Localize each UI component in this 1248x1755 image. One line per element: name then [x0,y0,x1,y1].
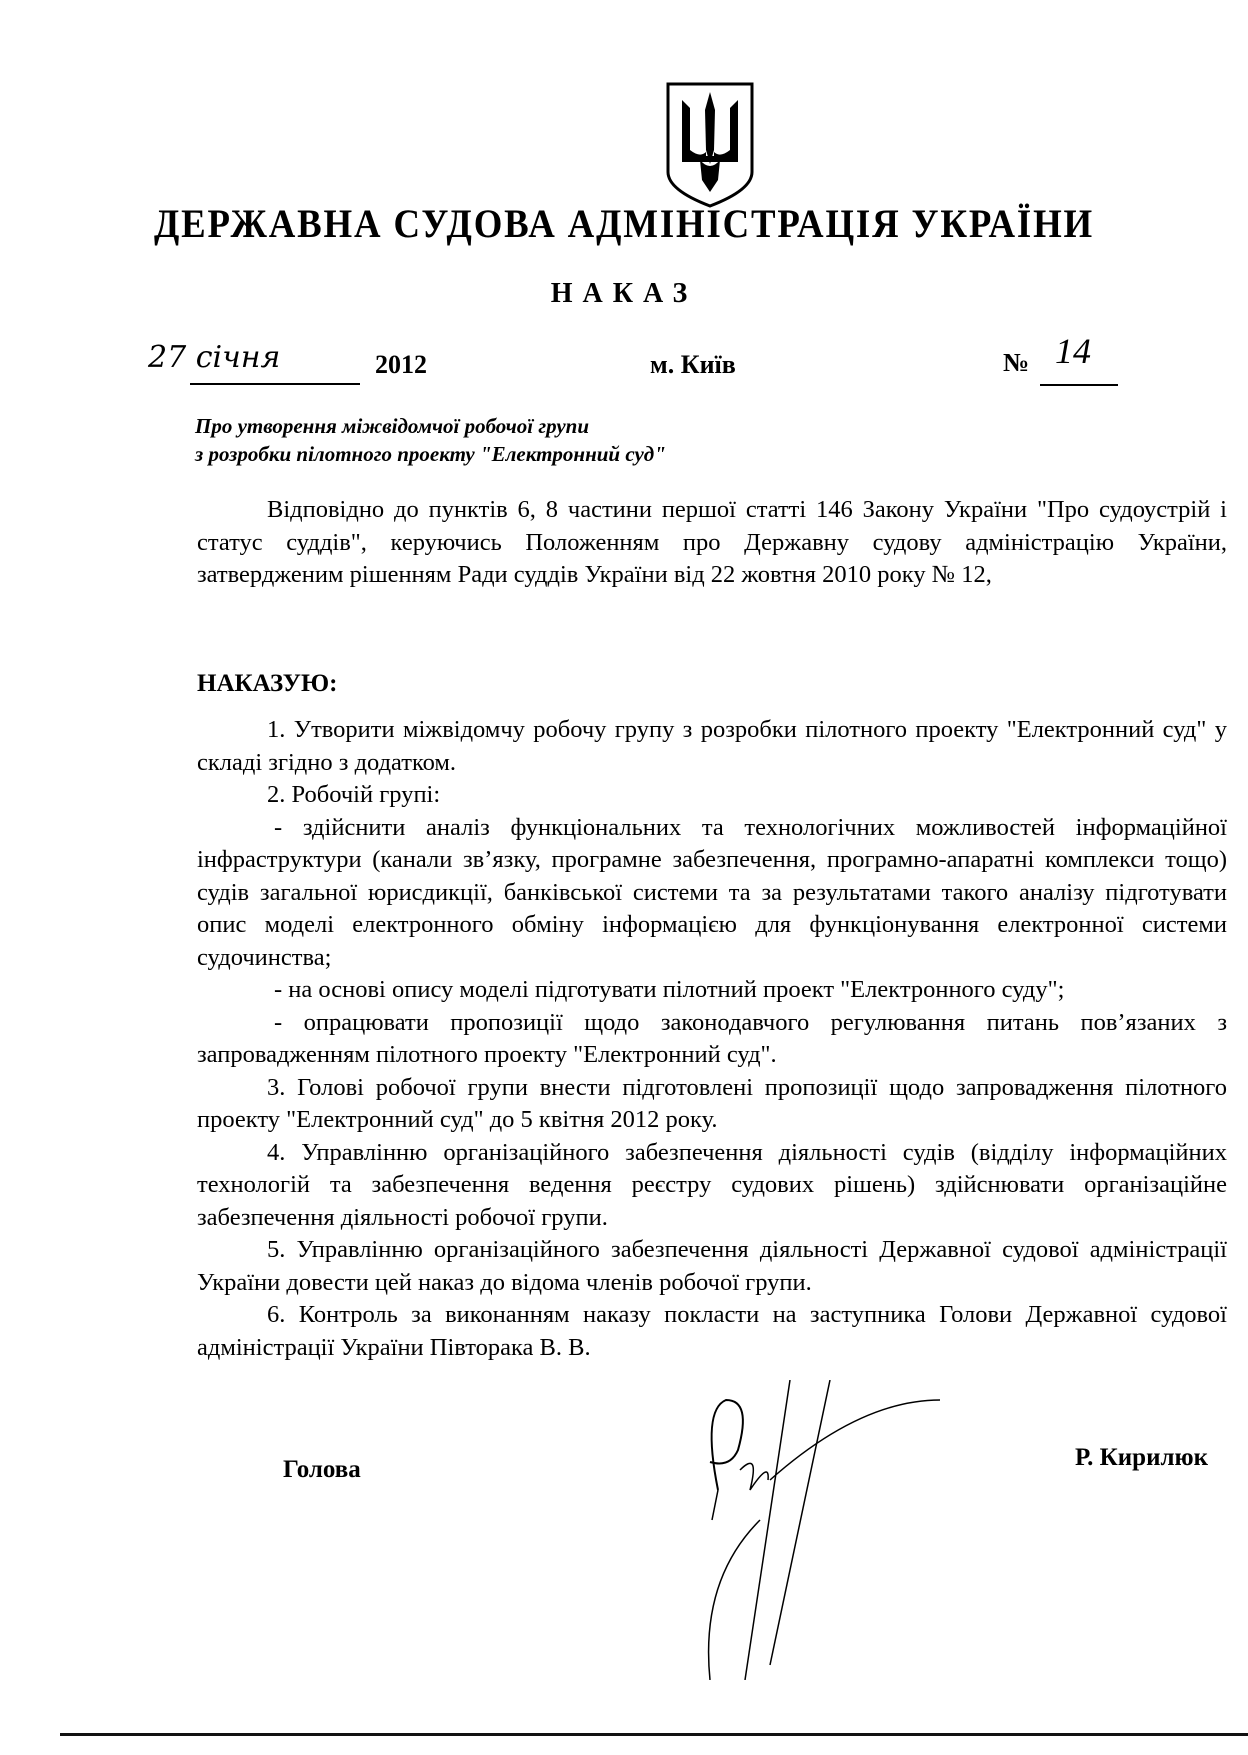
preamble: Відповідно до пунктів 6, 8 частини першо… [197,494,1227,592]
date-underline [190,383,360,385]
number-underline [1040,384,1118,386]
item-2a: - здійснити аналіз функціональних та тех… [197,812,1227,975]
city: м. Київ [650,350,736,380]
number-handwritten: 14 [1055,330,1091,372]
date-handwritten: 27 січня [148,340,280,375]
item-2b: - на основі опису моделі підготувати піл… [197,974,1227,1007]
trident-coat-of-arms-icon [660,80,760,210]
item-2: 2. Робочій групі: [197,779,1227,812]
item-1: 1. Утворити міжвідомчу робочу групу з ро… [197,714,1227,779]
subject-line-2: з розробки пілотного проекту "Електронни… [195,440,666,468]
preamble-text: Відповідно до пунктів 6, 8 частини першо… [197,494,1227,592]
signatory-name: Р. Кирилюк [1075,1444,1208,1472]
signatory-title: Голова [283,1456,361,1484]
document-type: НАКАЗ [0,278,1248,310]
subject: Про утворення міжвідомчої робочої групи … [195,412,666,468]
directive-label: НАКАЗУЮ: [197,670,337,698]
item-4: 4. Управлінню організаційного забезпечен… [197,1137,1227,1235]
footer-rule [60,1733,1248,1736]
item-2c: - опрацювати пропозиції щодо законодавчо… [197,1007,1227,1072]
date-year: 2012 [375,350,427,380]
subject-line-1: Про утворення міжвідомчої робочої групи [195,412,666,440]
order-items: 1. Утворити міжвідомчу робочу групу з ро… [197,714,1227,1364]
organization-title: ДЕРЖАВНА СУДОВА АДМІНІСТРАЦІЯ УКРАЇНИ [50,200,1198,247]
number-label: № [1003,348,1029,378]
item-5: 5. Управлінню організаційного забезпечен… [197,1234,1227,1299]
item-6: 6. Контроль за виконанням наказу покласт… [197,1299,1227,1364]
handwritten-signature-icon [640,1380,1060,1680]
item-3: 3. Голові робочої групи внести підготовл… [197,1072,1227,1137]
